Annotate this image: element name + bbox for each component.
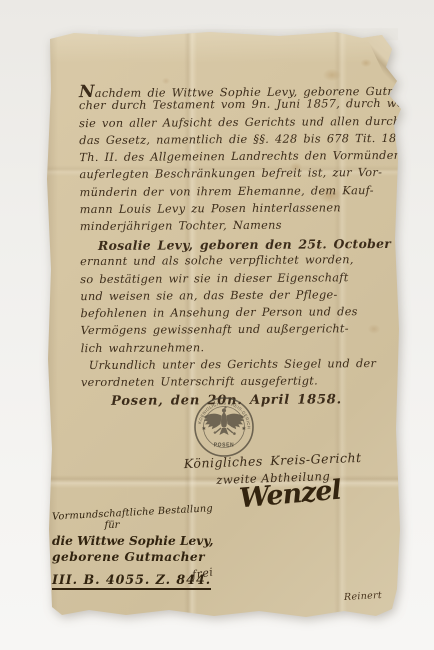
prussian-eagle-seal-icon: KOENIGLICHES KREIS-GERICHT POSEN ✱ ✱ (192, 395, 256, 459)
seal-left-mark: ✱ (202, 426, 206, 432)
body-line: befohlenen in Ansehung der Person und de… (80, 305, 398, 325)
body-line-rosalie-levy: Rosalie Levy, geboren den 25t. October 1… (80, 236, 398, 256)
body-line: ernannt und als solche verpflichtet word… (80, 253, 398, 273)
body-line: auferlegten Beschränkungen befreit ist, … (79, 166, 397, 186)
photo-background: Nachdem die Wittwe Sophie Levy, geborene… (0, 0, 434, 650)
seal-bottom-text: POSEN (214, 443, 235, 449)
body-line: cher durch Testament vom 9n. Juni 1857, … (79, 97, 397, 117)
docket-name-line: die Wittwe Sophie Levy, (52, 534, 230, 548)
body-line: mann Louis Levy zu Posen hinterlassenen (80, 201, 398, 221)
body-line: minderjährigen Tochter, Namens (80, 218, 398, 238)
body-line: Urkundlich unter des Gerichts Siegel und… (81, 357, 399, 377)
body-line: verordneten Unterschrift ausgefertigt. (81, 374, 399, 394)
body-line: Th. II. des Allgemeinen Landrechts den V… (79, 149, 397, 169)
body-line: Nachdem die Wittwe Sophie Levy, geborene… (79, 80, 397, 100)
body-line: das Gesetz, namentlich die §§. 428 bis 6… (79, 132, 397, 152)
body-line: und weisen sie an, das Beste der Pflege- (80, 288, 398, 308)
document-paper: Nachdem die Wittwe Sophie Levy, geborene… (44, 29, 404, 621)
body-line: sie von aller Aufsicht des Gerichts und … (79, 114, 397, 134)
body-line: Vermögens gewissenhaft und außergericht- (81, 322, 399, 342)
body-line: münderin der von ihrem Ehemanne, dem Kau… (80, 184, 398, 204)
file-reference: III. B. 4055. Z. 844. (52, 572, 211, 590)
body-line: so bestätigen wir sie in dieser Eigensch… (80, 270, 398, 290)
document-body: Nachdem die Wittwe Sophie Levy, geborene… (79, 80, 399, 411)
seal-right-mark: ✱ (242, 426, 246, 432)
paper-sheet: Nachdem die Wittwe Sophie Levy, geborene… (44, 29, 404, 621)
court-seal: KOENIGLICHES KREIS-GERICHT POSEN ✱ ✱ (192, 395, 256, 459)
body-line: lich wahrzunehmen. (81, 340, 399, 360)
docket-maiden-name: geborene Gutmacher (52, 550, 230, 564)
clerk-signature: Reinert (344, 590, 383, 603)
